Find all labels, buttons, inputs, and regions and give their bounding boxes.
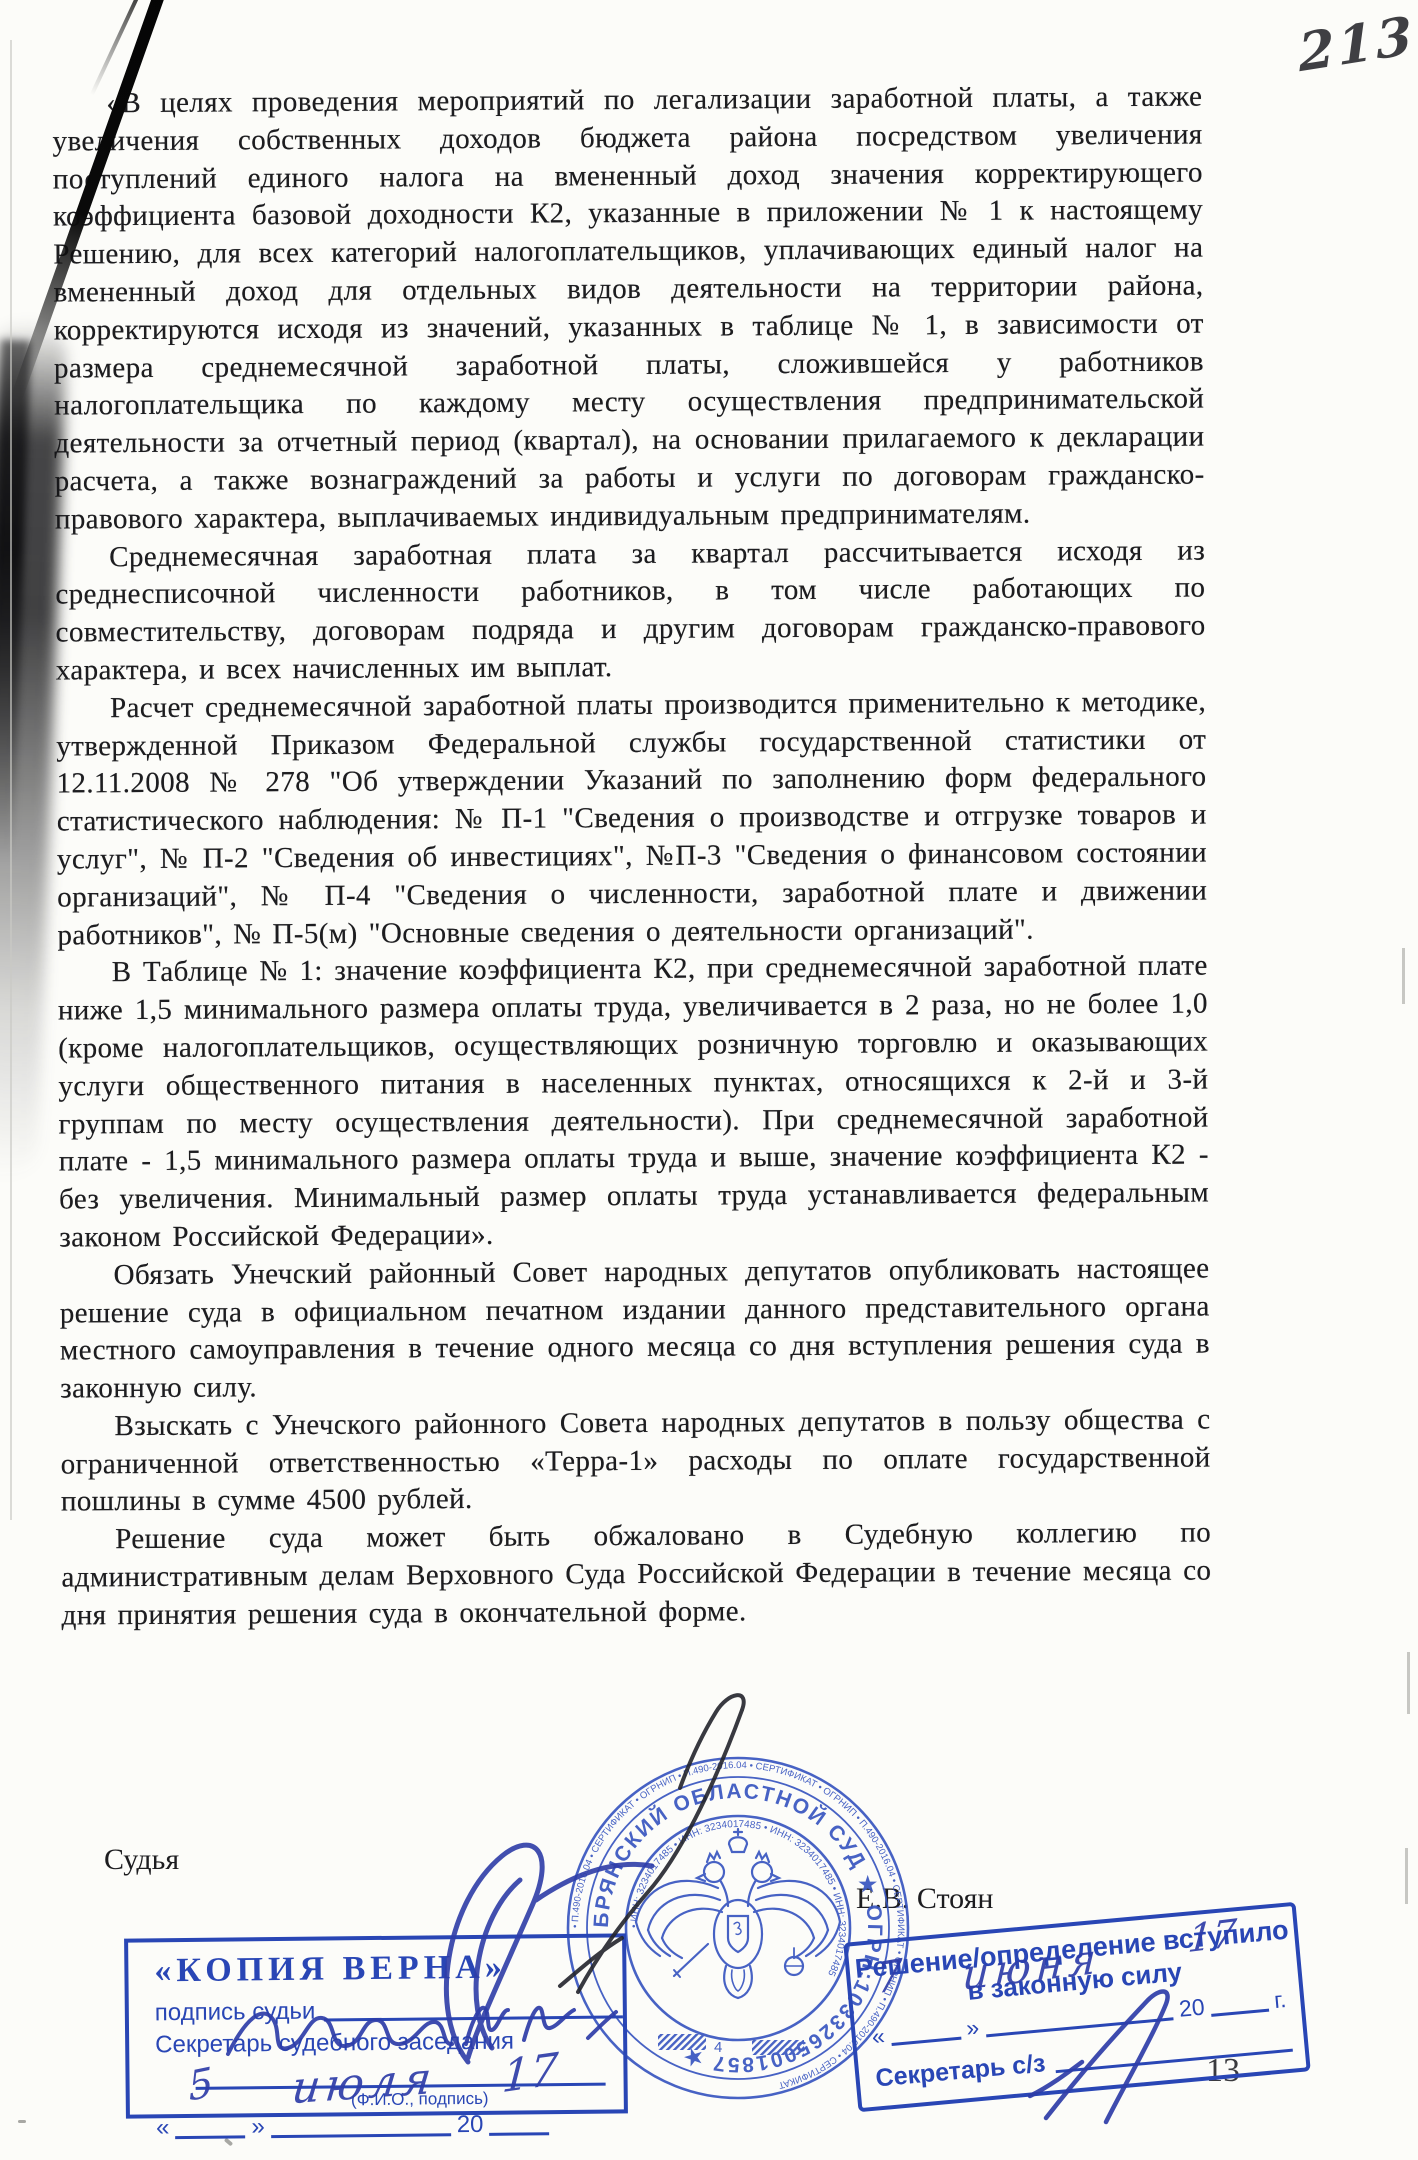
seal-hatch-mark: [658, 2034, 706, 2050]
svg-text:• ИНН: 3234017485 • ИНН: 3234: • ИНН: 3234017485 • ИНН: 3234017485 • ИН…: [629, 1819, 847, 1978]
seal-inn-microtext: • ИНН: 3234017485 • ИНН: 3234017485 • ИН…: [629, 1819, 847, 1978]
handwritten-corner-number: 213: [1297, 5, 1416, 85]
force-date-quote-open: «: [871, 2023, 886, 2051]
judge-signature-label: подпись судьи: [155, 1998, 316, 2028]
scan-fold-line: [10, 40, 12, 1520]
force-date-day-line: [891, 2037, 961, 2046]
secretary-label: Секретарь судебного заседания: [155, 2028, 514, 2060]
copy-stamp-title: «КОПИЯ ВЕРНА»: [154, 1947, 622, 1990]
handwritten-copy-month: июля: [289, 2053, 438, 2115]
date-year-line: [490, 2132, 550, 2136]
date-day-line: [176, 2135, 246, 2139]
date-quote-close: »: [251, 2113, 265, 2141]
seal-batch-number: 4: [714, 2039, 722, 2056]
scan-speck: [18, 2120, 26, 2123]
paragraph-court-fee: Взыскать с Унечского районного Совета на…: [60, 1401, 1211, 1521]
paragraph-average-salary: Среднемесячная заработная плата за кварт…: [55, 532, 1206, 690]
force-date-quote-close: »: [965, 2014, 980, 2042]
handwritten-force-day: 7: [876, 1949, 902, 2003]
force-date-month-line: [986, 2017, 1174, 2037]
scan-right-edge-mark: [1407, 1652, 1410, 1714]
paragraph-preamble: «В целях проведения мероприятий по легал…: [52, 79, 1205, 540]
force-date-century: 20: [1178, 1993, 1206, 2022]
force-date-year-suffix: г.: [1273, 1986, 1287, 2014]
handwritten-copy-day: 5: [187, 2059, 215, 2111]
date-century: 20: [457, 2111, 484, 2139]
paragraph-appeal: Решение суда может быть обжаловано в Суд…: [61, 1515, 1212, 1635]
force-date-year-line: [1211, 2009, 1269, 2017]
scan-right-edge-mark: [1402, 948, 1405, 1004]
document-body: «В целях проведения мероприятий по легал…: [52, 79, 1211, 1636]
scanned-court-decision-page: 213 «В целях проведения мероприятий по л…: [0, 0, 1418, 2160]
date-month-line: [271, 2133, 451, 2138]
seal-hatch-mark: [752, 2040, 804, 2055]
paragraph-obligation: Обязать Унечский районный Совет народных…: [59, 1250, 1210, 1408]
handwritten-force-year: 17: [1186, 1911, 1238, 1962]
date-quote-open: «: [156, 2114, 170, 2142]
judge-signature-line: [323, 2015, 622, 2021]
judge-role-label: Судья: [104, 1843, 179, 1877]
force-secretary-line: [1056, 2049, 1293, 2074]
force-secretary-label: Секретарь с/з: [874, 2049, 1046, 2093]
paragraph-table-k2: В Таблице № 1: значение коэффициента К2,…: [58, 948, 1210, 1257]
scan-right-edge-mark: [1405, 1848, 1408, 1904]
paragraph-calculation: Расчет среднемесячной заработной платы п…: [56, 683, 1208, 955]
handwritten-copy-year: 17: [500, 2044, 559, 2104]
